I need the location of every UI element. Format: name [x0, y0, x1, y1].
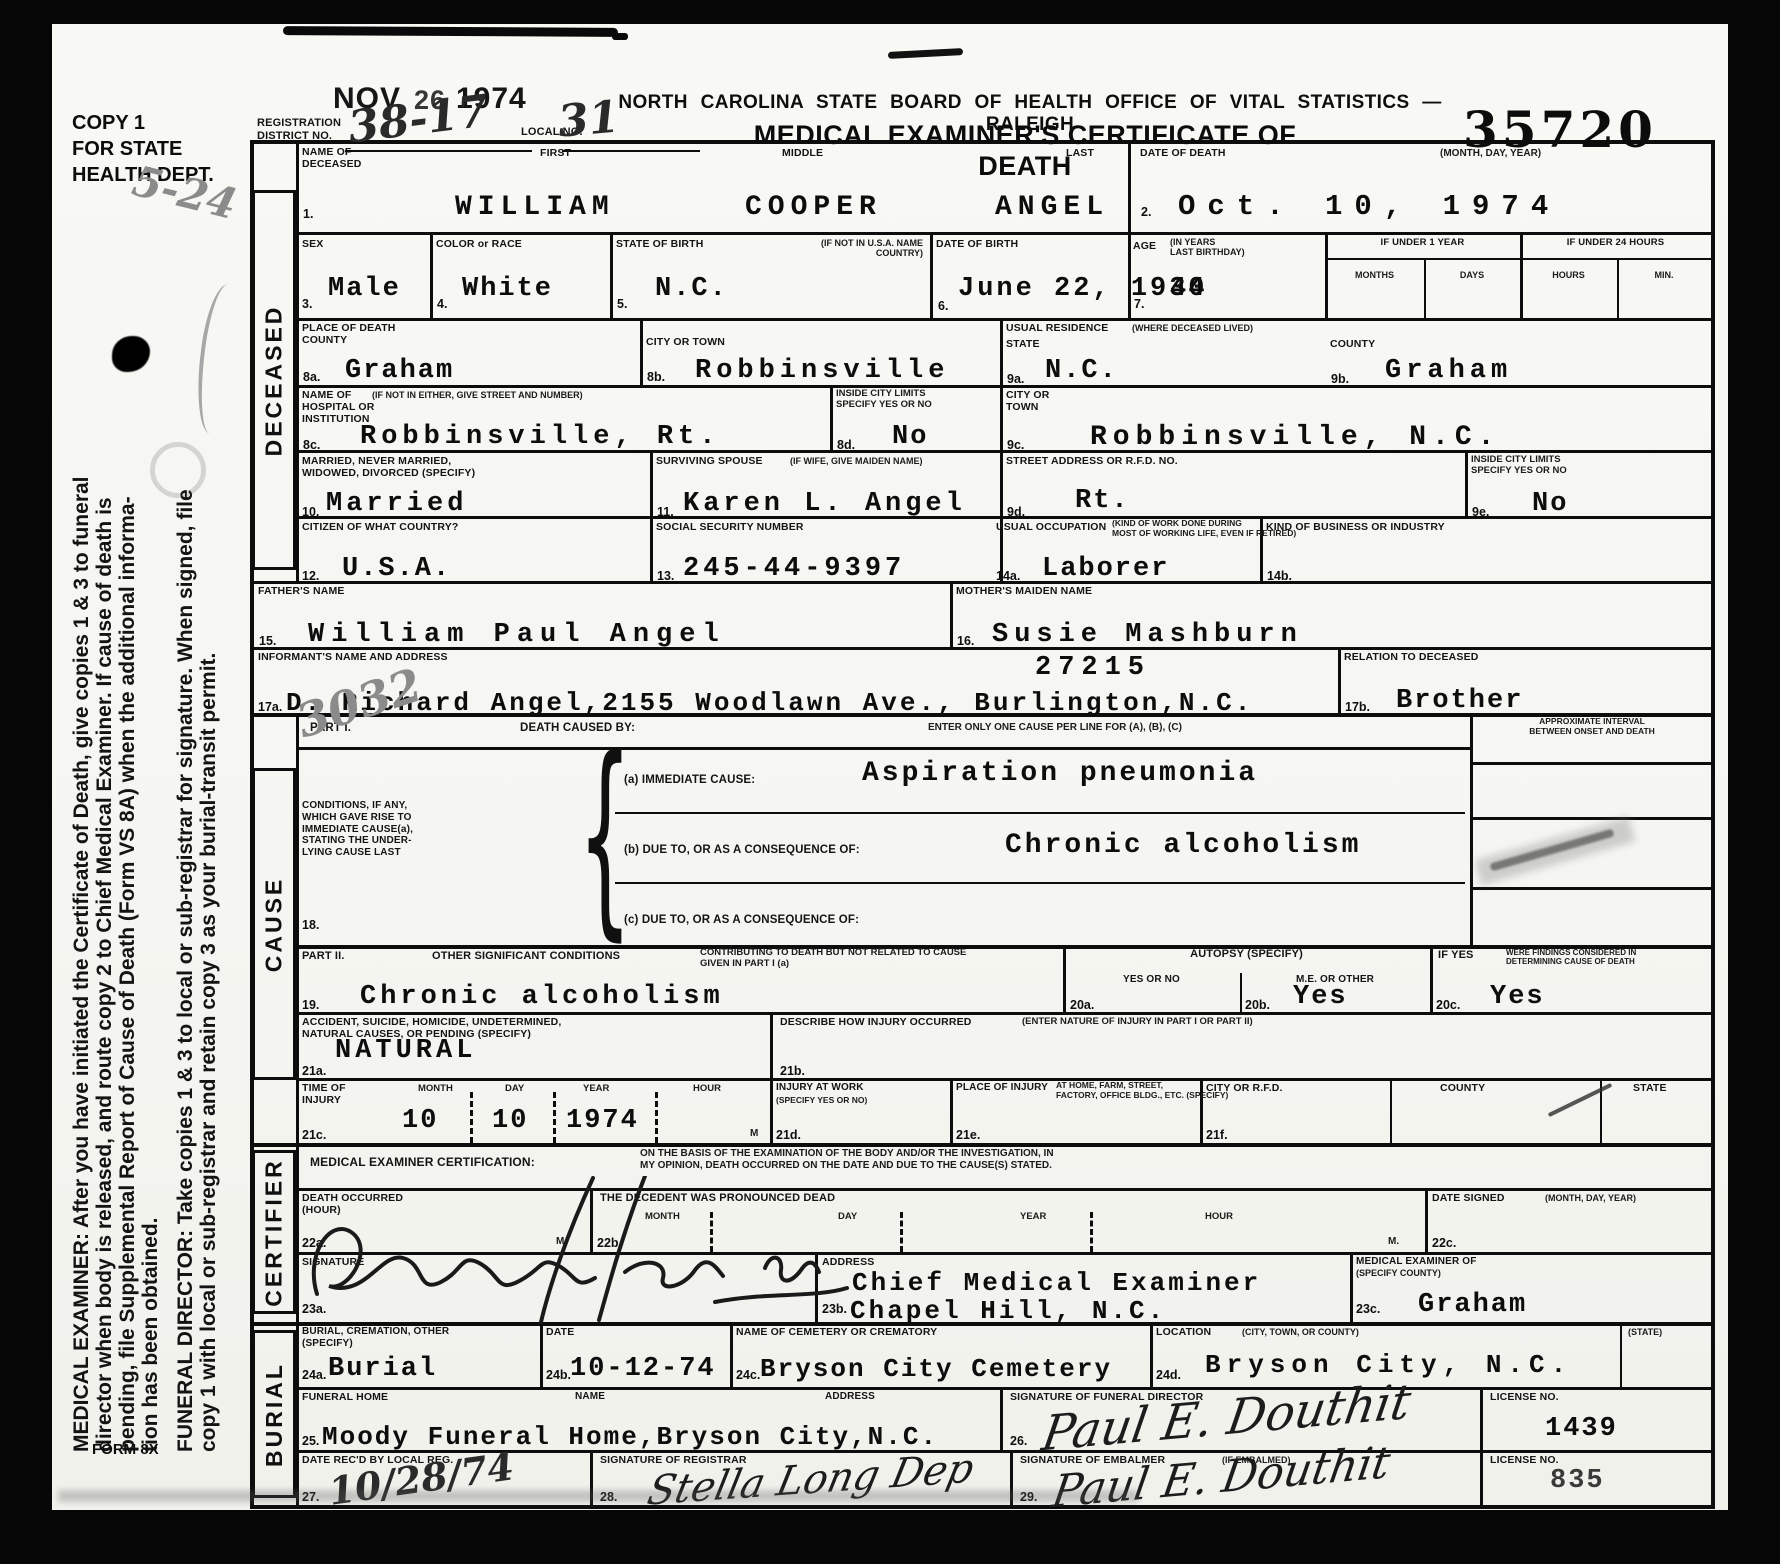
- occupation-label: USUAL OCCUPATION: [996, 521, 1106, 533]
- value-me-address-2: Chapel Hill, N.C.: [850, 1298, 1166, 1324]
- place-of-injury-sub: AT HOME, FARM, STREET, FACTORY, OFFICE B…: [1056, 1081, 1228, 1101]
- value-immediate-cause: Aspiration pneumonia: [862, 760, 1258, 788]
- grid-line: [296, 516, 1711, 519]
- grid-line: [655, 1092, 658, 1143]
- value-age: 40: [1170, 276, 1206, 303]
- injury-at-work-label: INJURY AT WORK: [776, 1082, 864, 1094]
- grid-line: [1350, 1252, 1353, 1322]
- field-number-dob: 6.: [938, 299, 948, 313]
- section-burial: BURIAL: [252, 1330, 296, 1498]
- bottom-edge-smudge: [58, 1490, 1138, 1502]
- section-cause: CAUSE: [252, 768, 296, 1080]
- grid-line: [540, 1322, 543, 1387]
- hospital-sub: (IF NOT IN EITHER, GIVE STREET AND NUMBE…: [372, 390, 583, 400]
- value-informant-zip: 27215: [1035, 655, 1151, 682]
- conditions-brace: {: [578, 733, 632, 939]
- field-number-icl1: 8d.: [837, 438, 855, 452]
- value-middle-name: COOPER: [745, 194, 882, 222]
- ssn-label: SOCIAL SECURITY NUMBER: [656, 521, 804, 533]
- value-relation: Brother: [1396, 688, 1523, 715]
- value-death-city: Robbinsville: [695, 358, 949, 385]
- value-sex: Male: [328, 276, 401, 303]
- field-number-death-city: 8b.: [647, 370, 665, 384]
- grid-line: [1424, 258, 1426, 318]
- autopsy-yesno-header: YES OR NO: [1063, 974, 1240, 986]
- date-signed-sub: (MONTH, DAY, YEAR): [1545, 1193, 1636, 1203]
- value-toi-day: 10: [492, 1108, 528, 1135]
- faint-ink-ring: [150, 442, 206, 498]
- field-number-dod: 2.: [1141, 205, 1151, 219]
- place-of-death-label: PLACE OF DEATH COUNTY: [302, 322, 396, 347]
- value-license2: 835: [1550, 1468, 1605, 1495]
- toi-hour-header: HOUR: [693, 1084, 721, 1095]
- grid-line: [1470, 887, 1711, 890]
- grid-line: [1390, 1078, 1392, 1143]
- pd-hour-header: HOUR: [1205, 1212, 1233, 1223]
- grid-line: [1470, 817, 1711, 820]
- field-number-how: 21b.: [780, 1064, 805, 1078]
- inside-limits-res-label: INSIDE CITY LIMITS SPECIFY YES OR NO: [1471, 455, 1567, 477]
- value-burial-date: 10-12-74: [570, 1356, 716, 1383]
- inside-limits-death-label: INSIDE CITY LIMITS SPECIFY YES OR NO: [836, 389, 932, 411]
- field-number-autopsy-yn: 20a.: [1070, 998, 1094, 1012]
- field-number-sex: 3.: [302, 297, 312, 311]
- field-number-race: 4.: [437, 297, 447, 311]
- age-label: AGE: [1133, 240, 1156, 252]
- me-of-label: MEDICAL EXAMINER OF: [1356, 1256, 1476, 1268]
- scan-artifact-tear: [283, 26, 618, 37]
- grid-line: [470, 1092, 473, 1143]
- pd-year-header: YEAR: [1020, 1212, 1046, 1223]
- grid-line: [1470, 713, 1473, 945]
- value-autopsy-me: Yes: [1293, 984, 1348, 1011]
- immediate-cause-label: (a) IMMEDIATE CAUSE:: [624, 774, 755, 788]
- mother-name-label: MOTHER'S MAIDEN NAME: [956, 585, 1092, 597]
- grid-line: [950, 1078, 953, 1143]
- value-toi-year: 1974: [566, 1108, 639, 1135]
- street-address-label: STREET ADDRESS OR R.F.D. NO.: [1006, 455, 1178, 467]
- value-street-address: Rt.: [1075, 488, 1130, 515]
- toi-year-header: YEAR: [583, 1084, 609, 1095]
- value-disposition: Burial: [328, 1356, 437, 1383]
- value-informant: D. Richard Angel,2155 Woodlawn Ave., Bur…: [286, 690, 1253, 716]
- field-number-industry: 14b.: [1267, 569, 1292, 583]
- first-name-header: FIRST: [540, 147, 571, 159]
- value-me-address-1: Chief Medical Examiner: [852, 1270, 1261, 1296]
- surviving-spouse-label: SURVIVING SPOUSE: [656, 455, 763, 467]
- grid-line: [562, 150, 700, 152]
- field-number-ifyes: 20c.: [1436, 998, 1460, 1012]
- handwritten-local-number: 31: [556, 95, 621, 144]
- injury-state-header: STATE: [1633, 1082, 1667, 1094]
- value-hospital: Robbinsville, Rt.: [360, 424, 720, 451]
- grid-line: [1090, 1212, 1093, 1252]
- value-residence-city: Robbinsville, N.C.: [1090, 424, 1500, 452]
- field-number-work: 21d.: [776, 1128, 801, 1142]
- section-certifier-label: CERTIFIER: [261, 1158, 288, 1306]
- other-conditions-label: OTHER SIGNIFICANT CONDITIONS: [432, 950, 620, 963]
- value-cemetery: Bryson City Cemetery: [760, 1356, 1112, 1382]
- value-citizen: U.S.A.: [342, 556, 451, 583]
- field-number-res-city: 9c.: [1007, 438, 1024, 452]
- autopsy-header: AUTOPSY (SPECIFY): [1063, 948, 1430, 961]
- value-occupation: Laborer: [1042, 556, 1169, 583]
- months-header: MONTHS: [1325, 270, 1424, 280]
- grid-line: [1000, 1387, 1003, 1450]
- grid-line: [1000, 450, 1003, 581]
- grid-line: [296, 1078, 1711, 1081]
- field-number-occupation: 14a.: [996, 569, 1020, 583]
- grid-line: [650, 450, 653, 581]
- section-certifier: CERTIFIER: [252, 1150, 296, 1314]
- disposition-label: BURIAL, CREMATION, OTHER (SPECIFY): [302, 1326, 449, 1350]
- toi-m-label: M: [750, 1128, 758, 1140]
- informant-label: INFORMANT'S NAME AND ADDRESS: [258, 651, 448, 663]
- grid-line: [296, 945, 1711, 949]
- grid-line: [1338, 647, 1341, 713]
- grid-line: [1430, 945, 1433, 1012]
- scanned-death-certificate-page: { "scan": { "copy_label": "COPY 1\nFOR S…: [0, 0, 1780, 1564]
- field-number-fd-sig: 26.: [1010, 1434, 1027, 1448]
- grid-line: [250, 581, 1711, 584]
- grid-line: [296, 232, 1711, 235]
- value-funeral-home: Moody Funeral Home,Bryson City,N.C.: [322, 1424, 938, 1450]
- registration-district-label: REGISTRATION DISTRICT NO.: [257, 117, 341, 143]
- min-header: MIN.: [1617, 270, 1711, 280]
- injury-city-label: CITY OR R.F.D.: [1206, 1082, 1283, 1094]
- burial-location-label: LOCATION: [1156, 1326, 1211, 1338]
- grid-line: [430, 232, 433, 318]
- grid-line: [553, 1092, 556, 1143]
- value-burial-location: Bryson City, N.C.: [1205, 1352, 1572, 1378]
- middle-name-header: MIDDLE: [782, 147, 823, 159]
- grid-line: [615, 812, 1465, 814]
- part2-label: PART II.: [302, 950, 345, 963]
- citizen-label: CITIZEN OF WHAT COUNTRY?: [302, 521, 458, 533]
- value-toi-month: 10: [402, 1108, 438, 1135]
- grid-line: [1620, 1322, 1622, 1387]
- interval-header: APPROXIMATE INTERVAL BETWEEN ONSET AND D…: [1476, 717, 1708, 737]
- value-manner-of-death: NATURAL: [335, 1038, 476, 1065]
- grid-line: [1617, 258, 1619, 318]
- days-header: DAYS: [1424, 270, 1520, 280]
- ifyes-header: IF YES: [1438, 949, 1474, 962]
- grid-line: [296, 747, 1470, 750]
- grid-line: [1000, 318, 1003, 450]
- field-number-manner: 21a.: [302, 1064, 326, 1078]
- field-number-spouse: 11.: [657, 505, 674, 519]
- funeral-home-label: FUNERAL HOME: [302, 1391, 388, 1403]
- describe-injury-label: DESCRIBE HOW INJURY OCCURRED: [780, 1016, 971, 1028]
- form-code: FORM 8X: [92, 1440, 159, 1460]
- grid-line: [1470, 762, 1711, 765]
- value-marital-status: Married: [326, 491, 467, 518]
- grid-line: [900, 1212, 903, 1252]
- grid-line: [296, 318, 1711, 321]
- field-number-autopsy-me: 20b.: [1245, 998, 1270, 1012]
- grid-line: [830, 385, 833, 450]
- usual-residence-sub: (WHERE DECEASED LIVED): [1132, 323, 1253, 333]
- grid-line: [770, 1012, 773, 1143]
- grid-line: [296, 1387, 1711, 1390]
- due-to-b-label: (b) DUE TO, OR AS A CONSEQUENCE OF:: [624, 844, 860, 858]
- value-residence-county: Graham: [1385, 358, 1512, 385]
- value-due-to-b: Chronic alcoholism: [1005, 832, 1361, 860]
- if-under-24h-header: IF UNDER 24 HOURS: [1520, 237, 1711, 248]
- me-certification-label: MEDICAL EXAMINER CERTIFICATION:: [310, 1155, 535, 1169]
- value-date-of-death: Oct. 10, 1974: [1178, 192, 1560, 221]
- toi-month-header: MONTH: [418, 1084, 453, 1095]
- grid-line: [640, 318, 643, 385]
- field-number-res-state: 9a.: [1007, 372, 1024, 386]
- other-conditions-sub: CONTRIBUTING TO DEATH BUT NOT RELATED TO…: [700, 948, 966, 970]
- field-number-location: 24d.: [1156, 1368, 1181, 1382]
- residence-city-label: CITY OR TOWN: [1006, 389, 1049, 414]
- value-first-name: WILLIAM: [455, 194, 615, 222]
- field-number-poi: 21e.: [956, 1128, 980, 1142]
- field-number-father: 15.: [259, 634, 276, 648]
- last-name-header: LAST: [1066, 147, 1094, 159]
- field-number-relation: 17b.: [1345, 700, 1370, 714]
- conditions-label: CONDITIONS, IF ANY, WHICH GAVE RISE TO I…: [302, 800, 413, 859]
- value-inside-limits-death: No: [892, 424, 928, 451]
- due-to-c-label: (c) DUE TO, OR AS A CONSEQUENCE OF:: [624, 914, 859, 928]
- value-inside-limits-res: No: [1532, 491, 1568, 518]
- value-race: White: [462, 276, 553, 303]
- value-license1: 1439: [1545, 1416, 1618, 1443]
- section-cause-label: CAUSE: [261, 876, 288, 972]
- section-burial-label: BURIAL: [261, 1362, 288, 1467]
- grid-line: [250, 1143, 1711, 1147]
- grid-line: [296, 713, 299, 1505]
- residence-state-label: STATE: [1006, 338, 1040, 350]
- death-city-label: CITY OR TOWN: [646, 336, 725, 348]
- surviving-spouse-sub: (IF WIFE, GIVE MAIDEN NAME): [790, 456, 923, 466]
- field-number-hospital: 8c.: [303, 438, 320, 452]
- burial-state-header: (STATE): [1628, 1327, 1662, 1337]
- field-number-ssn: 13.: [657, 569, 674, 583]
- relation-label: RELATION TO DECEASED: [1344, 651, 1478, 663]
- usual-residence-label: USUAL RESIDENCE: [1006, 322, 1108, 334]
- grid-line: [1711, 140, 1715, 1509]
- state-of-birth-label: STATE OF BIRTH: [616, 238, 703, 250]
- grid-line: [930, 232, 933, 318]
- value-other-conditions: Chronic alcoholism: [360, 984, 724, 1011]
- me-certification-text: ON THE BASIS OF THE EXAMINATION OF THE B…: [640, 1148, 1054, 1171]
- age-sub: (IN YEARS LAST BIRTHDAY): [1170, 237, 1245, 258]
- grid-line: [1325, 258, 1711, 260]
- value-residence-state: N.C.: [1045, 358, 1118, 385]
- race-label: COLOR or RACE: [436, 238, 522, 250]
- value-me-county: Graham: [1418, 1292, 1527, 1319]
- date-of-birth-label: DATE OF BIRTH: [936, 238, 1018, 250]
- medical-examiner-signature: [295, 1176, 855, 1328]
- license1-label: LICENSE NO.: [1490, 1391, 1559, 1403]
- describe-injury-sub: (ENTER NATURE OF INJURY IN PART I OR PAR…: [1022, 1017, 1253, 1028]
- value-mother-name: Susie Mashburn: [992, 622, 1303, 649]
- me-of-sub: (SPECIFY COUNTY): [1356, 1268, 1441, 1278]
- field-number-mother: 16.: [957, 634, 974, 648]
- grid-line: [1465, 450, 1468, 516]
- date-signed-label: DATE SIGNED: [1432, 1192, 1505, 1204]
- field-number-disposition: 24a.: [302, 1368, 326, 1382]
- value-father-name: William Paul Angel: [308, 622, 726, 649]
- burial-location-sub: (CITY, TOWN, OR COUNTY): [1242, 1327, 1359, 1337]
- field-number-sob: 5.: [617, 297, 627, 311]
- grid-line: [1425, 1188, 1428, 1252]
- time-of-injury-label: TIME OF INJURY: [302, 1082, 346, 1107]
- grid-line: [610, 232, 613, 318]
- field-number-citizen: 12.: [302, 569, 319, 583]
- field-number-pod: 8a.: [303, 370, 320, 384]
- field-number-part1: 18.: [302, 918, 319, 932]
- sex-label: SEX: [302, 238, 323, 250]
- if-under-1yr-header: IF UNDER 1 YEAR: [1325, 237, 1520, 248]
- value-last-name: ANGEL: [995, 194, 1109, 222]
- field-number-date-signed: 22c.: [1432, 1236, 1456, 1250]
- field-number-icl2: 9e.: [1472, 505, 1489, 519]
- enter-one-cause-label: ENTER ONLY ONE CAUSE PER LINE FOR (A), (…: [928, 722, 1182, 734]
- field-number-me-of: 23c.: [1356, 1302, 1380, 1316]
- father-name-label: FATHER'S NAME: [258, 585, 345, 597]
- grid-line: [250, 1505, 1714, 1509]
- hospital-label: NAME OF: [302, 389, 351, 401]
- field-number-marital: 10.: [302, 505, 319, 519]
- marital-status-label: MARRIED, NEVER MARRIED, WIDOWED, DIVORCE…: [302, 455, 475, 480]
- funeral-home-address-header: ADDRESS: [825, 1391, 875, 1403]
- grid-line: [950, 581, 953, 647]
- injury-at-work-sub: (SPECIFY YES OR NO): [776, 1096, 867, 1106]
- industry-label: KIND OF BUSINESS OR INDUSTRY: [1266, 521, 1445, 533]
- date-of-death-sub: (MONTH, DAY, YEAR): [1440, 148, 1541, 160]
- value-ssn: 245-44-9397: [683, 556, 905, 583]
- field-number-burial-date: 24b.: [546, 1368, 571, 1382]
- value-ifyes: Yes: [1490, 984, 1545, 1011]
- state-of-birth-sub: (IF NOT IN U.S.A. NAME COUNTRY): [695, 238, 923, 259]
- field-number-funeral-home: 25.: [302, 1434, 319, 1448]
- hours-header: HOURS: [1520, 270, 1617, 280]
- field-number-age: 7.: [1134, 297, 1144, 311]
- toi-day-header: DAY: [505, 1084, 524, 1095]
- grid-line: [296, 1012, 1711, 1015]
- field-number-part2: 19.: [302, 998, 319, 1012]
- scan-artifact-mark: [612, 33, 628, 40]
- field-number-toi: 21c.: [302, 1128, 326, 1142]
- residence-county-label: COUNTY: [1330, 338, 1375, 350]
- license2-label: LICENSE NO.: [1490, 1454, 1559, 1466]
- place-of-injury-label: PLACE OF INJURY: [956, 1082, 1048, 1094]
- field-number-informant: 17a.: [258, 700, 282, 714]
- funeral-home-name-header: NAME: [575, 1391, 605, 1403]
- injury-county-header: COUNTY: [1440, 1082, 1485, 1094]
- field-number-street: 9d.: [1007, 505, 1025, 519]
- section-deceased: DECEASED: [252, 190, 296, 570]
- grid-line: [615, 882, 1465, 884]
- value-surviving-spouse: Karen L. Angel: [683, 491, 966, 518]
- field-number-injury-city: 21f.: [1206, 1128, 1228, 1142]
- grid-line: [730, 1322, 733, 1387]
- value-death-county: Graham: [345, 358, 454, 385]
- pronounced-m: M.: [1388, 1236, 1399, 1248]
- grid-line: [1480, 1387, 1483, 1505]
- value-state-of-birth: N.C.: [655, 276, 728, 303]
- field-number-cemetery: 24c.: [736, 1368, 760, 1382]
- field-number-res-county: 9b.: [1331, 372, 1349, 386]
- section-deceased-label: DECEASED: [261, 304, 288, 456]
- grid-line: [1150, 1322, 1153, 1387]
- ifyes-sub: WERE FINDINGS CONSIDERED IN DETERMINING …: [1506, 948, 1636, 966]
- field-number-name: 1.: [303, 207, 313, 221]
- grid-line: [296, 140, 299, 581]
- date-of-death-label: DATE OF DEATH: [1140, 147, 1226, 159]
